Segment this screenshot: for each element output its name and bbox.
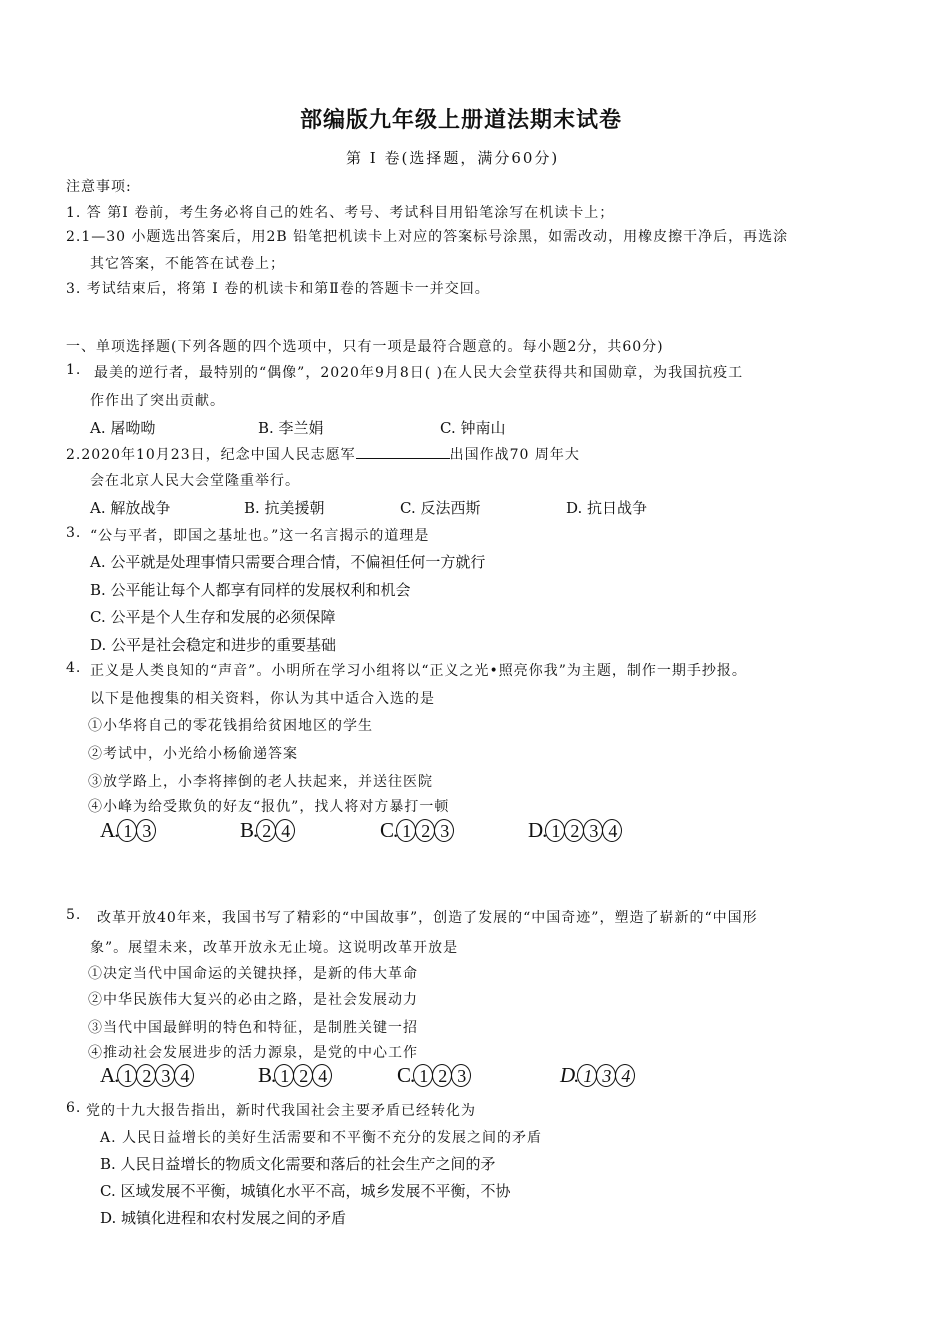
fill-blank [356, 444, 450, 459]
option-c: C.123 [397, 1063, 471, 1088]
statement-item: ①小华将自己的零花钱捐给贫困地区的学生 [88, 715, 373, 735]
option-a: A. 屠呦呦 [90, 417, 155, 438]
question-number: 6. [66, 1100, 81, 1116]
statement-item: ①决定当代中国命运的关键抉择，是新的伟大革命 [88, 963, 418, 983]
question-number: 5. [66, 907, 81, 923]
notice-item: 3. 考试结束后，将第 I 卷的机读卡和第Ⅱ卷的答题卡一并交回。 [66, 278, 490, 298]
option-c: C.123 [380, 818, 454, 843]
question-text: 以下是他搜集的相关资料，你认为其中适合入选的是 [90, 688, 435, 708]
option-b: B.24 [240, 818, 295, 843]
page-title: 部编版九年级上册道法期末试卷 [300, 103, 622, 134]
question-number: 2. [66, 447, 81, 463]
option-c: C. 反法西斯 [400, 497, 480, 518]
question-text: 出国作战70 周年大 [450, 447, 580, 463]
statement-item: ④推动社会发展进步的活力源泉，是党的中心工作 [88, 1042, 418, 1062]
question-text: 改革开放40年来，我国书写了精彩的“中国故事”，创造了发展的“中国奇迹”，塑造了… [97, 907, 758, 927]
question-text: 作作出了突出贡献。 [90, 390, 225, 410]
option-d: D.134 [560, 1063, 635, 1088]
question-text: 象”。展望未来，改革开放永无止境。这说明改革开放是 [90, 937, 458, 957]
question-text: 2020年10月23日，纪念中国人民志愿军 [81, 447, 355, 463]
question-text: 正义是人类良知的“声音”。小明所在学习小组将以“正义之光•照亮你我”为主题，制作… [90, 660, 747, 680]
option-a: A. 解放战争 [90, 497, 170, 518]
notice-heading: 注意事项: [66, 176, 132, 196]
option-b: B. 公平能让每个人都享有同样的发展权利和机会 [90, 579, 411, 600]
option-c: C. 区域发展不平衡，城镇化水平不高，城乡发展不平衡，不协 [100, 1180, 510, 1201]
question-number: 1. [66, 362, 81, 378]
option-c: C. 钟南山 [440, 417, 505, 438]
option-d: D. 公平是社会稳定和进步的重要基础 [90, 634, 336, 655]
section-heading: 一、单项选择题(下列各题的四个选项中，只有一项是最符合题意的。每小题2分，共60… [66, 336, 664, 356]
option-b: B.124 [258, 1063, 332, 1088]
option-d: D. 抗日战争 [566, 497, 647, 518]
option-a: A.1234 [100, 1063, 194, 1088]
option-c: C. 公平是个人生存和发展的必须保障 [90, 606, 335, 627]
notice-item: 其它答案，不能答在试卷上； [90, 253, 285, 273]
option-d: D.1234 [528, 818, 622, 843]
question-number: 3. [66, 525, 81, 541]
option-d: D. 城镇化进程和农村发展之间的矛盾 [100, 1207, 346, 1228]
statement-item: ④小峰为给受欺负的好友“报仇”，找人将对方暴打一顿 [88, 796, 449, 816]
option-a: A. 公平就是处理事情只需要合理合情，不偏袒任何一方就行 [90, 551, 485, 572]
option-b: B. 李兰娟 [258, 417, 324, 438]
option-a: A. 人民日益增长的美好生活需要和不平衡不充分的发展之间的矛盾 [100, 1127, 542, 1147]
option-b: B. 抗美援朝 [244, 497, 325, 518]
statement-item: ③放学路上，小李将摔倒的老人扶起来，并送往医院 [88, 771, 433, 791]
section-subtitle: 第 I 卷(选择题，满分60分) [346, 147, 559, 168]
question-text: “公与平者，即国之基址也。”这一名言揭示的道理是 [90, 525, 429, 545]
notice-item: 2.1—30 小题选出答案后，用2B 铅笔把机读卡上对应的答案标号涂黑，如需改动… [66, 226, 788, 246]
question-text: 党的十九大报告指出，新时代我国社会主要矛盾已经转化为 [86, 1100, 476, 1120]
question-text: 最美的逆行者，最特别的“偶像”，2020年9月8日( )在人民大会堂获得共和国勋… [94, 362, 743, 382]
statement-item: ③当代中国最鲜明的特色和特征，是制胜关键一招 [88, 1017, 418, 1037]
question-number: 4. [66, 660, 81, 676]
statement-item: ②考试中，小光给小杨偷递答案 [88, 743, 298, 763]
option-b: B. 人民日益增长的物质文化需要和落后的社会生产之间的矛 [100, 1153, 496, 1174]
notice-item: 1. 答 第I 卷前，考生务必将自己的姓名、考号、考试科目用铅笔涂写在机读卡上； [66, 202, 614, 222]
option-a: A.13 [100, 818, 156, 843]
statement-item: ②中华民族伟大复兴的必由之路，是社会发展动力 [88, 989, 418, 1009]
question-text: 会在北京人民大会堂隆重举行。 [90, 470, 300, 490]
